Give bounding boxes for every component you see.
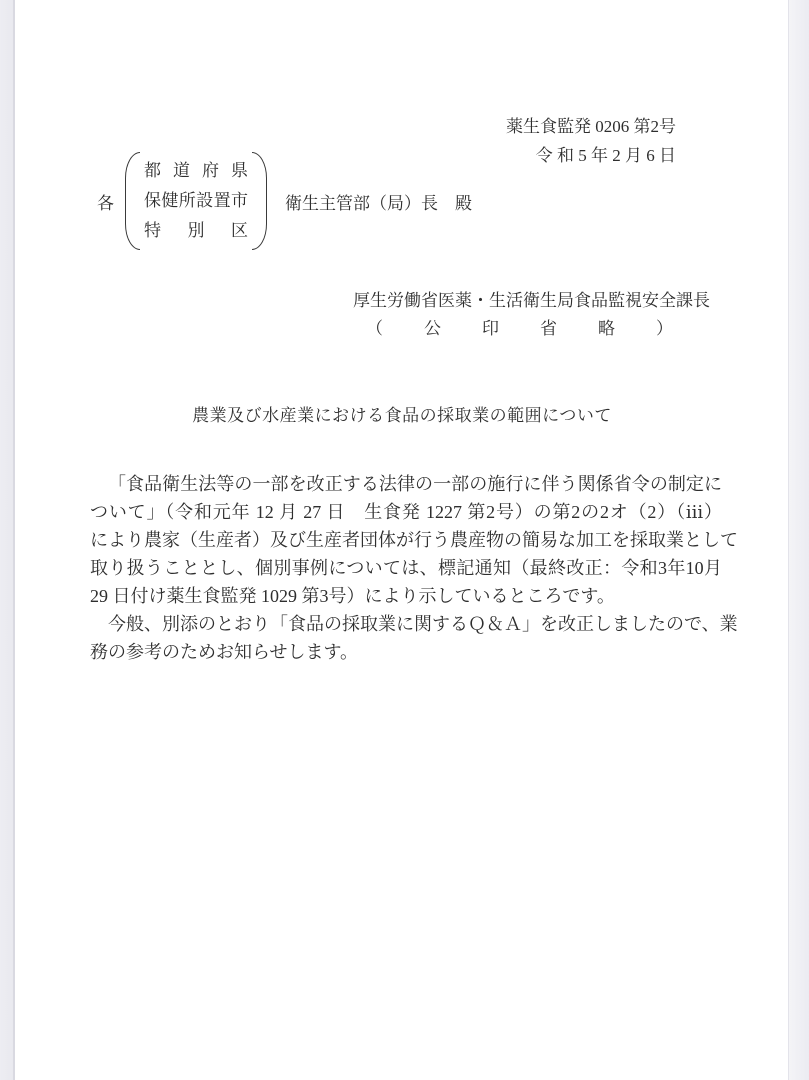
- body-line: 取り扱うこととし、個別事例については、標記通知（最終改正：令和3年10月: [90, 554, 722, 582]
- sender-title: 厚生労働省医薬・生活衛生局食品監視安全課長: [353, 286, 710, 311]
- document-date: 令 和 5 年 2 月 6 日: [506, 141, 676, 170]
- addressee-line-health-center-cities: 保健所設置市: [144, 191, 248, 211]
- left-parenthesis-icon: [125, 152, 140, 250]
- addressee-prefix: 各: [97, 189, 114, 214]
- document-number: 薬生食監発 0206 第2号: [506, 112, 676, 141]
- scan-edge-right: [788, 0, 809, 1080]
- addressee-line-prefectures: 都道府県: [144, 161, 248, 181]
- body-line: 務の参考のためお知らせします。: [90, 638, 722, 666]
- document-page: 薬生食監発 0206 第2号 令 和 5 年 2 月 6 日 各 都道府県 保健…: [0, 0, 809, 1080]
- body-line: 「食品衛生法等の一部を改正する法律の一部の施行に伴う関係省令の制定に: [90, 470, 722, 498]
- document-meta: 薬生食監発 0206 第2号 令 和 5 年 2 月 6 日: [506, 112, 676, 170]
- right-parenthesis-icon: [252, 152, 267, 250]
- sender-seal-omitted-note: （ 公 印 省 略 ）: [366, 314, 685, 339]
- body-line: 今般、別添のとおり「食品の採取業に関するＱ＆Ａ」を改正しましたので、業: [90, 610, 722, 638]
- body-line: 29 日付け薬生食監発 1029 第3号）により示しているところです。: [90, 582, 722, 610]
- addressee-line-special-wards: 特別区: [144, 221, 248, 241]
- addressee-block: 各 都道府県 保健所設置市 特別区 衛生主管部（局）長 殿: [97, 152, 472, 250]
- scan-edge-left: [0, 0, 15, 1080]
- document-title: 農業及び水産業における食品の採取業の範囲について: [15, 401, 789, 426]
- body-line: ついて」（令和元年 12 月 27 日 生食発 1227 第2号）の第2の2オ（…: [90, 498, 722, 526]
- addressee-suffix: 衛生主管部（局）長 殿: [285, 189, 472, 214]
- addressee-bracket: 都道府県 保健所設置市 特別区: [125, 152, 267, 250]
- body-line: により農家（生産者）及び生産者団体が行う農産物の簡易な加工を採取業として: [90, 526, 722, 554]
- document-body: 「食品衛生法等の一部を改正する法律の一部の施行に伴う関係省令の制定に ついて」（…: [90, 470, 722, 666]
